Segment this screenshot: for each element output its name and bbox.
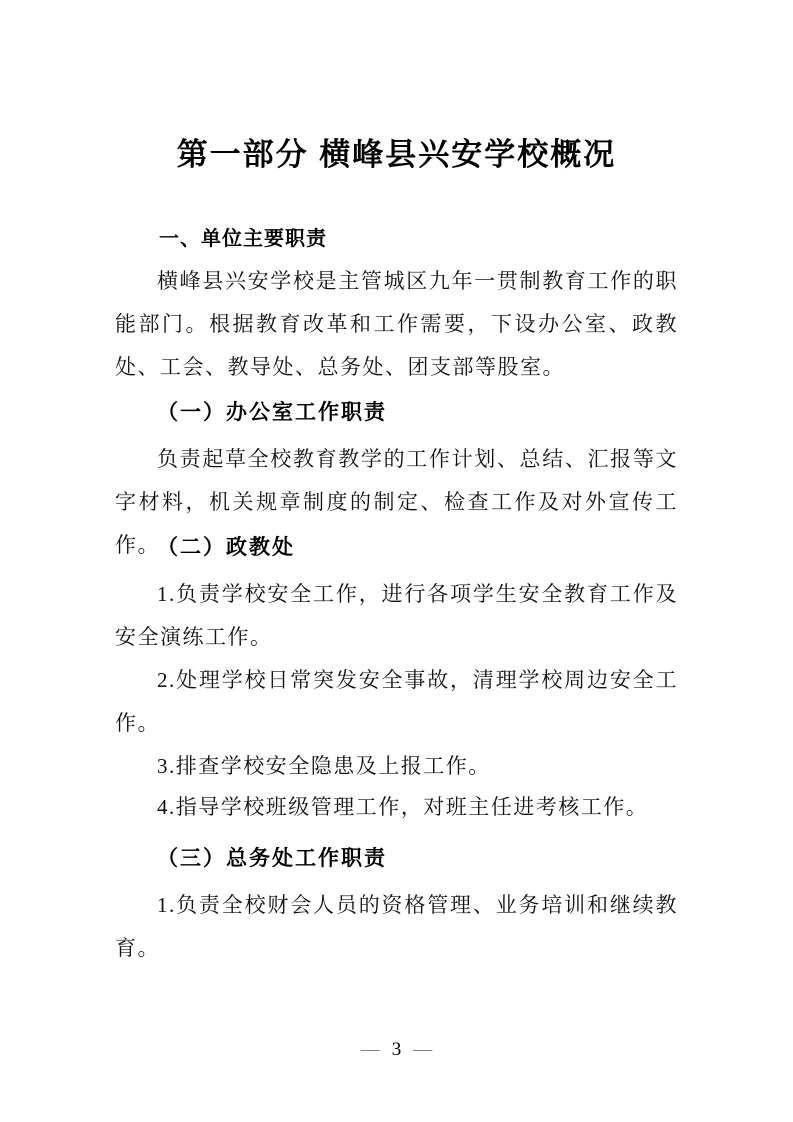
subsection-heading-political-education-office: （二）政教处 xyxy=(115,526,678,569)
subsection-heading-general-affairs-duties: （三）总务处工作职责 xyxy=(115,837,678,880)
document-page: 第一部分 横峰县兴安学校概况 一、单位主要职责 横峰县兴安学校是主管城区九年一贯… xyxy=(0,0,793,1122)
political-education-item-1: 1.负责学校安全工作，进行各项学生安全教育工作及安全演练工作。 xyxy=(115,573,678,659)
footer-dash-right: — xyxy=(401,1039,444,1060)
section-heading-main-duties: 一、单位主要职责 xyxy=(115,224,678,254)
footer-dash-left: — xyxy=(349,1039,392,1060)
political-education-item-3: 3.排查学校安全隐患及上报工作。 xyxy=(115,745,678,788)
page-footer: —3— xyxy=(115,1036,678,1064)
page-number: 3 xyxy=(392,1039,402,1060)
general-affairs-item-1: 1.负责全校财会人员的资格管理、业务培训和继续教育。 xyxy=(115,884,678,970)
document-title: 第一部分 横峰县兴安学校概况 xyxy=(115,132,678,178)
subsection-heading-office-duties: （一）办公室工作职责 xyxy=(115,391,678,434)
political-education-item-4: 4.指导学校班级管理工作，对班主任进考核工作。 xyxy=(115,786,678,829)
political-education-item-2: 2.处理学校日常突发安全事故，清理学校周边安全工作。 xyxy=(115,659,678,745)
intro-paragraph: 横峰县兴安学校是主管城区九年一贯制教育工作的职能部门。根据教育改革和工作需要，下… xyxy=(115,260,678,389)
